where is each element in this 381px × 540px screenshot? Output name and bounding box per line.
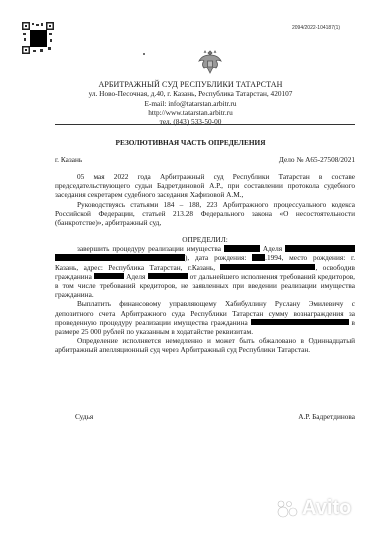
paragraph-payment: Выплатить финансовому управляющему Хабиб…	[55, 299, 355, 336]
redacted-surname	[94, 273, 124, 280]
scan-speck	[143, 53, 145, 55]
court-website: http://www.tatarstan.arbitr.ru	[0, 108, 381, 117]
avito-watermark: Avito	[276, 497, 351, 520]
paragraph-intro: 05 мая 2022 года Арбитражный суд Республ…	[55, 172, 355, 200]
ruling-heading: ОПРЕДЕЛИЛ:	[55, 235, 355, 244]
redacted-identifiers	[55, 254, 185, 261]
registry-number: 2094/2022-104187(1)	[292, 25, 340, 31]
paragraph-legal-basis: Руководствуясь статьями 184 – 188, 223 А…	[55, 200, 355, 228]
ruling-section: ОПРЕДЕЛИЛ: завершить процедуру реализаци…	[55, 235, 355, 355]
redacted-address	[220, 264, 315, 271]
paragraph-ruling: завершить процедуру реализации имущества…	[55, 244, 355, 299]
first-name: Аделя	[126, 272, 145, 281]
redacted-surname	[224, 245, 260, 252]
city: г. Казань	[55, 155, 82, 164]
judge-name: А.Р. Бадретдинова	[298, 412, 355, 421]
case-number: Дело № А65-27508/2021	[279, 155, 355, 164]
qr-code	[22, 22, 54, 54]
redacted-patronymic-inn	[285, 245, 355, 252]
ruling-text: ), дата рождения:	[185, 253, 246, 262]
redacted-name	[251, 319, 349, 326]
qr-code-icon	[22, 22, 54, 54]
signature-block: Судья А.Р. Бадретдинова	[75, 412, 355, 421]
first-name: Аделя	[263, 244, 282, 253]
court-address: ул. Ново-Песочная, д.40, г. Казань, Респ…	[0, 89, 381, 98]
court-name: АРБИТРАЖНЫЙ СУД РЕСПУБЛИКИ ТАТАРСТАН	[0, 80, 381, 89]
watermark-text: Avito	[302, 497, 351, 520]
judge-label: Судья	[75, 412, 93, 421]
russian-coat-of-arms-icon	[195, 47, 225, 77]
document-body: 05 мая 2022 года Арбитражный суд Республ…	[55, 172, 355, 227]
redacted-birthdate	[252, 254, 265, 261]
ruling-text: завершить процедуру реализации имущества	[77, 244, 221, 253]
redacted-patronymic	[148, 273, 188, 280]
avito-logo-icon	[276, 499, 300, 519]
header-divider	[55, 124, 355, 125]
court-email: E-mail: info@tatarstan.arbitr.ru	[0, 99, 381, 108]
coat-of-arms	[195, 47, 225, 77]
paragraph-appeal: Определение исполняется немедленно и мож…	[55, 336, 355, 354]
court-phone: тел. (843) 533-50-00	[0, 117, 381, 126]
document-title: РЕЗОЛЮТИВНАЯ ЧАСТЬ ОПРЕДЕЛЕНИЯ	[0, 138, 381, 147]
